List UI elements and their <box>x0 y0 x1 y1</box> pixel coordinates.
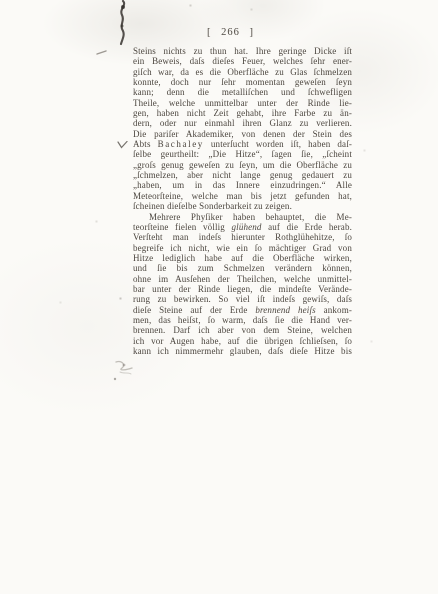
text-line: ſcheinen dieſelbe Sonderbarkeit zu zeige… <box>133 201 352 211</box>
text-line: „haben, um in das Innere einzudringen.“ … <box>133 180 352 190</box>
text-line: teorſteine fielen völlig glühend auf die… <box>133 222 352 232</box>
text-block: Steins nichts zu thun hat. Ihre geringe … <box>133 46 352 356</box>
text-line: dieſe Steine auf der Erde brennend heiſs… <box>133 305 352 315</box>
text-line: giſch war, da es die Oberfläche zu Glas … <box>133 67 352 77</box>
book-page: [ 266 ] Steins nichts zu thun hat. Ihre … <box>0 0 438 594</box>
text-line: Die pariſer Akademiker, von denen der St… <box>133 129 352 139</box>
ink-squiggle-top-left <box>112 0 136 46</box>
text-line: Hitze lediglich habe auf die Oberfläche … <box>133 253 352 263</box>
text-line: Abts Bachaley unterſucht worden iſt, hab… <box>133 139 352 149</box>
page-number-header: [ 266 ] <box>121 27 340 38</box>
text-line: konnte, doch nur ſehr momentan geweſen ſ… <box>133 77 352 87</box>
text-line: Mehrere Phyſiker haben behauptet, die Me… <box>133 212 352 222</box>
text-line: brennen. Darf ich aber von dem Steine, w… <box>133 325 352 335</box>
margin-dash <box>96 49 108 56</box>
bottom-left-smudge <box>110 358 142 384</box>
margin-check-mark <box>117 141 128 149</box>
text-line: „groſs genug geweſen zu ſeyn, um die Obe… <box>133 160 352 170</box>
text-line: ein Beweis, daſs dieſes Feuer, welches ſ… <box>133 56 352 66</box>
text-line: Theile, welche unmittelbar unter der Rin… <box>133 98 352 108</box>
text-line: kann; denn die metalliſchen und ſchwefli… <box>133 87 352 97</box>
text-line: rung zu bewirken. So viel iſt indeſs gew… <box>133 294 352 304</box>
text-line: ſelbe geurtheilt: „Die Hitze“, ſagen ſie… <box>133 149 352 159</box>
text-line: dern, oder nur einmahl ihren Glanz zu ve… <box>133 118 352 128</box>
text-line: Verſteht man indeſs hierunter Rothglüheh… <box>133 232 352 242</box>
text-line: „ſchmelzen, aber nicht lange genug gedau… <box>133 170 352 180</box>
text-line: men, das heiſst, ſo warm, daſs ſie die H… <box>133 315 352 325</box>
text-line: Steins nichts zu thun hat. Ihre geringe … <box>133 46 352 56</box>
text-line: ohne im Ausſehen der Theilchen, welche u… <box>133 274 352 284</box>
text-line: kann ich nimmermehr glauben, daſs dieſe … <box>133 346 352 356</box>
text-line: Meteorſteine, welche man bis jetzt gefun… <box>133 191 352 201</box>
text-line: gen, haben nicht Zeit gehabt, ihre Farbe… <box>133 108 352 118</box>
dust-specks <box>0 0 1 1</box>
text-line: bar unter der Rinde liegen, die mindeſte… <box>133 284 352 294</box>
text-line: und ſie bis zum Schmelzen verändern könn… <box>133 263 352 273</box>
text-line: begreife ich nicht, wie ein ſo mächtiger… <box>133 243 352 253</box>
text-line: ich vor Augen habe, auf die übrigen ſchl… <box>133 336 352 346</box>
